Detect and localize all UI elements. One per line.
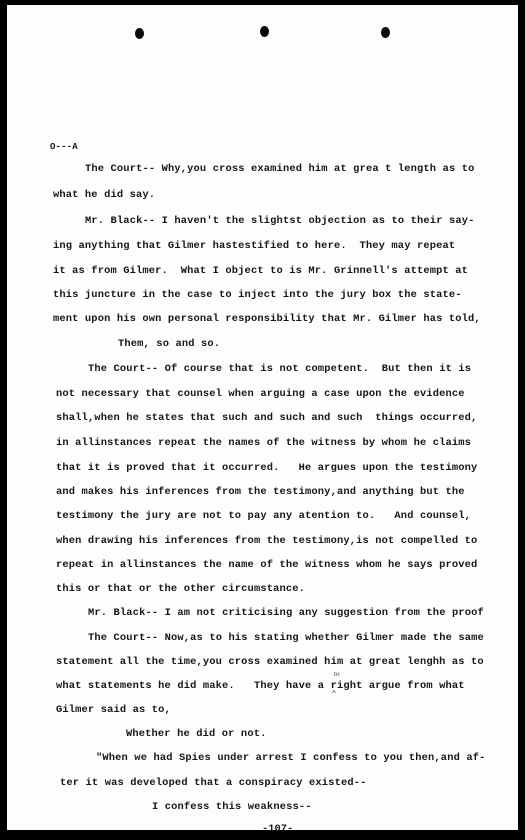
text-line: Mr. Black-- I haven't the slightst objec… <box>85 215 475 227</box>
text-line: that it is proved that it occurred. He a… <box>56 462 477 474</box>
text-line: The Court-- Now,as to his stating whethe… <box>88 632 484 644</box>
caret-mark: ^ <box>332 689 336 698</box>
text-line: this juncture in the case to inject into… <box>53 289 462 301</box>
text-line: testimony the jury are not to pay any at… <box>56 510 471 522</box>
text-line: I confess this weakness-- <box>152 801 312 813</box>
text-line: The Court-- Of course that is not compet… <box>88 363 471 375</box>
text-line: what statements he did make. They have a… <box>56 680 465 692</box>
text-line: and makes his inferences from the testim… <box>56 486 465 498</box>
section-marker: O---A <box>50 142 78 152</box>
text-line: not necessary that counsel when arguing … <box>56 388 465 400</box>
handwritten-insertion: to <box>334 670 339 678</box>
punch-hole-right <box>381 27 390 38</box>
text-line: what he did say. <box>53 189 155 201</box>
text-line: repeat in allinstances the name of the w… <box>56 559 477 571</box>
text-line: Mr. Black-- I am not criticising any sug… <box>88 607 484 619</box>
text-line: ment upon his own personal responsibilit… <box>53 313 481 325</box>
text-line: Them, so and so. <box>118 338 220 350</box>
text-line: ing anything that Gilmer hastestified to… <box>53 240 455 252</box>
text-line: in allinstances repeat the names of the … <box>56 437 471 449</box>
text-line: when drawing his inferences from the tes… <box>56 535 477 547</box>
text-line: Gilmer said as to, <box>56 704 171 716</box>
punch-hole-left <box>135 28 144 39</box>
text-line: it as from Gilmer. What I object to is M… <box>53 265 468 277</box>
text-line: "When we had Spies under arrest I confes… <box>96 752 486 764</box>
text-line: shall,when he states that such and such … <box>56 412 477 424</box>
text-line: Whether he did or not. <box>126 728 266 740</box>
text-line: statement all the time,you cross examine… <box>56 656 484 668</box>
text-line: The Court-- Why,you cross examined him a… <box>85 163 475 175</box>
page-number: -107- <box>262 823 293 835</box>
text-line: ter it was developed that a conspiracy e… <box>60 777 367 789</box>
punch-hole-center <box>260 26 269 37</box>
document-page: O---A The Court-- Why,you cross examined… <box>7 5 518 830</box>
text-line: this or that or the other circumstance. <box>56 583 305 595</box>
